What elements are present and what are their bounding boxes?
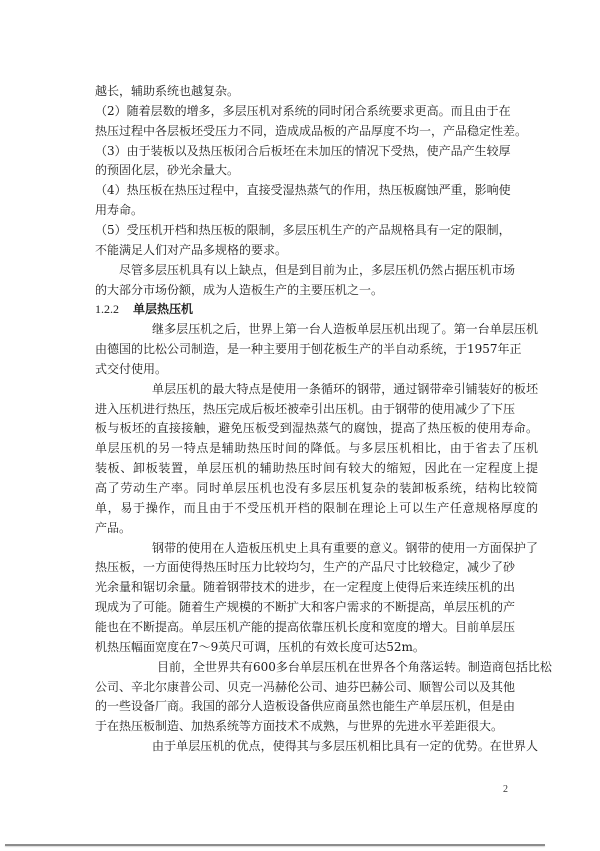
- paragraph-line: 单层压机的另一特点是辅助热压时间的降低。与多层压机相比，由于省去了压机: [95, 438, 538, 458]
- paragraph-line: 由于单层压机的优点，使得其与多层压机相比具有一定的优势。在世界人: [152, 736, 538, 756]
- paragraph-line: 热压板，一方面使得热压时压力比较均匀，生产的产品尺寸比较稳定，减少了砂: [95, 557, 515, 577]
- paragraph-line: 公司、辛北尔康普公司、贝克一冯赫伦公司、迪芬巴赫公司、顺智公司以及其他: [95, 677, 515, 697]
- paragraph-line: 目前，全世界共有600多台单层压机在世界各个角落运转。制造商包括比松: [157, 657, 552, 677]
- list-item-3-line: 的预固化层，砂光余量大。: [95, 160, 239, 180]
- paragraph-line: 进入压机进行热压，热压完成后板坯被牵引出压机。由于钢带的使用减少了下压: [95, 399, 515, 419]
- page-number: 2: [503, 784, 508, 795]
- paragraph-line: 单，易于操作，而且由于不受压机开档的限制在理论上可以生产任意规格厚度的: [95, 498, 538, 518]
- list-item-3-line: （3）由于装板以及热压板闭合后板坯在未加压的情况下受热，使产品产生较厚: [95, 141, 510, 161]
- paragraph-line: 装板、卸板装置，单层压机的辅助热压时间有较大的缩短，因此在一定程度上提: [95, 458, 538, 478]
- list-item-2-line: 热压过程中各层板坯受压力不同，造成成品板的产品厚度不均一，产品稳定性差。: [95, 121, 510, 141]
- section-heading: 1.2.2单层热压机: [95, 299, 193, 319]
- document-page: 越长，辅助系统也越复杂。 （2）随着层数的增多，多层压机对系统的同时闭合系统要求…: [0, 0, 600, 851]
- paragraph-line: 的大部分市场份额，成为人造板生产的主要压机之一。: [95, 280, 383, 300]
- paragraph-line: 单层压机的最大特点是使用一条循环的钢带，通过钢带牵引铺装好的板坯: [152, 379, 538, 399]
- paragraph-line: 于在热压板制造、加热系统等方面技术不成熟，与世界的先进水平差距很大。: [95, 716, 503, 736]
- paragraph-line: 尽管多层压机具有以上缺点，但是到目前为止，多层压机仍然占据压机市场: [119, 260, 510, 280]
- paragraph-line: 由德国的比松公司制造，是一种主要用于刨花板生产的半自动系统，于1957年正: [95, 339, 522, 359]
- paragraph-line: 板与板坯的直接接触，避免压板受到湿热蒸气的腐蚀，提高了热压板的使用寿命。: [95, 418, 538, 438]
- paragraph-line: 式交付使用。: [95, 359, 167, 379]
- paragraph-line: 高了劳动生产率。同时单层压机也没有多层压机复杂的装卸板系统，结构比较简: [95, 478, 538, 498]
- paragraph-line: 越长，辅助系统也越复杂。: [95, 81, 239, 101]
- list-item-4-line: 用寿命。: [95, 200, 143, 220]
- paragraph-line: 继多层压机之后，世界上第一台人造板单层压机出现了。第一台单层压机: [152, 319, 538, 339]
- page-bottom-edge: [5, 844, 545, 846]
- list-item-4-line: （4）热压板在热压过程中，直接受湿热蒸气的作用，热压板腐蚀严重，影响使: [95, 180, 510, 200]
- paragraph-line: 机热压幅面宽度在7～9英尺可调，压机的有效长度可达52m。: [95, 637, 425, 657]
- paragraph-line: 光余量和锯切余量。随着钢带技术的进步，在一定程度上使得后来连续压机的出: [95, 577, 515, 597]
- paragraph-line: 产品。: [95, 518, 131, 538]
- paragraph-line: 的一些设备厂商。我国的部分人造板设备供应商虽然也能生产单层压机，但是由: [95, 696, 515, 716]
- section-number: 1.2.2: [95, 302, 119, 316]
- list-item-5-line: 不能满足人们对产品多规格的要求。: [95, 240, 287, 260]
- paragraph-line: 钢带的使用在人造板压机史上具有重要的意义。钢带的使用一方面保护了: [152, 538, 538, 558]
- paragraph-line: 能也在不断提高。单层压机产能的提高依靠压机长度和宽度的增大。目前单层压: [95, 617, 515, 637]
- paragraph-line: 现成为了可能。随着生产规模的不断扩大和客户需求的不断提高，单层压机的产: [95, 597, 515, 617]
- section-title: 单层热压机: [133, 302, 193, 316]
- list-item-5-line: （5）受压机开档和热压板的限制，多层压机生产的产品规格具有一定的限制，: [95, 220, 510, 240]
- list-item-2-line: （2）随着层数的增多，多层压机对系统的同时闭合系统要求更高。而且由于在: [95, 101, 510, 121]
